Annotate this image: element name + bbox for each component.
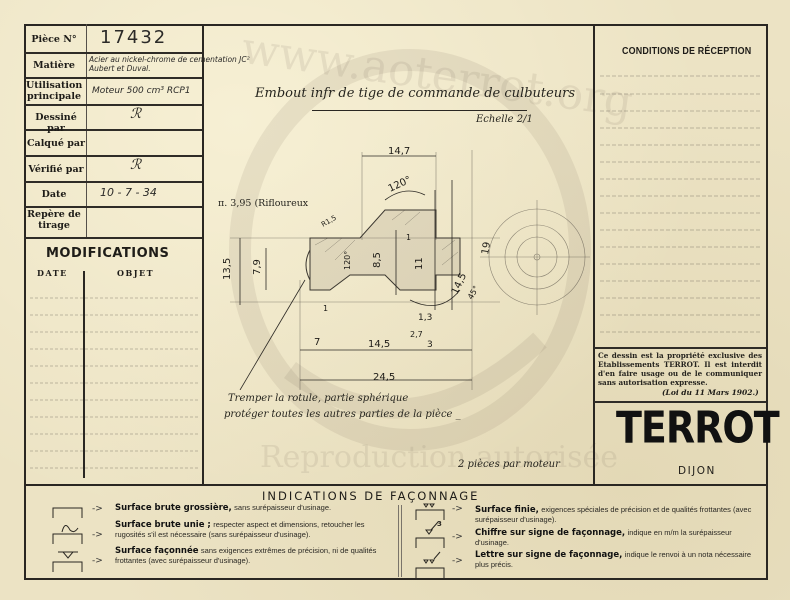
indication-lettre: Lettre sur signe de façonnage, indique l…	[475, 550, 760, 570]
left-column-divider	[202, 24, 204, 484]
label-verifie-par: Vérifié par	[26, 164, 86, 175]
svg-text:7: 7	[314, 337, 320, 348]
arrow-3: ->	[92, 556, 103, 566]
label-calque-par: Calqué par	[26, 138, 86, 149]
frame-right	[766, 24, 768, 579]
svg-text:14,5: 14,5	[368, 339, 390, 350]
svg-text:24,5: 24,5	[373, 372, 395, 383]
value-utilisation: Moteur 500 cm³ RCP1	[92, 86, 191, 96]
term: Surface façonnée	[115, 546, 199, 556]
term: Lettre sur signe de façonnage,	[475, 550, 622, 560]
indication-brute-unie: Surface brute unie ; respecter aspect et…	[115, 520, 385, 540]
label-repere-tirage: Repère de tirage	[26, 209, 82, 231]
conditions-title: CONDITIONS DE RÉCEPTION	[622, 45, 751, 57]
indications-divider	[398, 505, 399, 577]
term: Surface brute grossière,	[115, 503, 232, 513]
term: Surface brute unie ;	[115, 520, 211, 530]
conditions-lines	[596, 72, 764, 342]
svg-text:1: 1	[406, 233, 411, 242]
legal-law: (Loi du 11 Mars 1902.)	[662, 388, 759, 397]
watermark-reproduction: Reproduction autorisée	[260, 440, 618, 475]
label-matiere: Matière	[26, 60, 82, 71]
indication-finie: Surface finie, exigences spéciales de pr…	[475, 505, 760, 525]
term: Surface finie,	[475, 505, 539, 515]
arrow-4: ->	[452, 504, 463, 514]
arrow-6: ->	[452, 556, 463, 566]
title-underline	[312, 110, 527, 111]
initials-verifie: ℛ	[130, 157, 141, 173]
svg-text:2,7: 2,7	[410, 330, 423, 339]
indication-brute-grossiere: Surface brute grossière, sans surépaisse…	[115, 503, 385, 513]
frame-top	[24, 24, 768, 26]
row-divider	[24, 181, 202, 183]
arrow-5: ->	[452, 532, 463, 542]
svg-text:45°: 45°	[466, 284, 481, 301]
drawing-scale: Echelle 2/1	[476, 114, 533, 125]
indication-chiffre: Chiffre sur signe de façonnage, indique …	[475, 528, 760, 548]
svg-text:R1,5: R1,5	[320, 214, 338, 229]
modifications-col-date: DATE	[37, 268, 68, 278]
terrot-logo: TERROT	[616, 402, 779, 453]
indications-divider	[401, 505, 402, 577]
surface-symbols-right: 3	[412, 502, 452, 582]
label-piece-no: Pièce N°	[26, 34, 82, 45]
surface-symbols-left	[50, 502, 90, 582]
value-date: 10 - 7 - 34	[100, 186, 157, 199]
svg-text:11: 11	[414, 257, 425, 270]
svg-text:14,7: 14,7	[388, 146, 410, 157]
label-utilisation: Utilisation principale	[26, 80, 82, 102]
note-temper: Tremper la rotule, partie sphérique	[228, 393, 408, 404]
label-dessine-par: Dessiné par	[26, 112, 86, 134]
value-matiere: Acier au nickel-chrome de cementation JC…	[89, 55, 264, 73]
row-divider	[24, 206, 202, 208]
row-divider	[24, 237, 202, 239]
svg-text:1: 1	[323, 304, 328, 313]
label-date: Date	[26, 189, 82, 200]
svg-text:13,5: 13,5	[222, 258, 233, 280]
modifications-lines	[26, 280, 202, 480]
technical-drawing: 14,7 120° 13,5 7,9 120° 8,5 11 14,5 19 4…	[210, 140, 590, 390]
svg-text:120°: 120°	[387, 175, 413, 195]
desc: sans surépaisseur d'usinage.	[234, 503, 331, 512]
arrow-1: ->	[92, 504, 103, 514]
logo-city: DIJON	[678, 465, 716, 477]
term: Chiffre sur signe de façonnage,	[475, 528, 625, 538]
value-piece-no: 17432	[100, 27, 167, 48]
watermark-url: www.aoterrot.org	[238, 23, 635, 128]
arrow-2: ->	[92, 530, 103, 540]
indications-top-border	[24, 484, 768, 486]
legal-top-border	[594, 347, 766, 349]
svg-text:3: 3	[437, 520, 442, 528]
indications-title: INDICATIONS DE FAÇONNAGE	[262, 489, 479, 503]
modifications-col-objet: OBJET	[117, 268, 154, 278]
svg-text:120°: 120°	[343, 251, 352, 270]
row-divider	[24, 104, 202, 106]
frame-bottom	[24, 578, 768, 580]
initials-dessine: ℛ	[130, 106, 141, 122]
svg-text:19: 19	[480, 241, 493, 255]
row-divider	[24, 77, 202, 79]
note-quantity: 2 pièces par moteur	[458, 459, 560, 470]
note-protect: protéger toutes les autres parties de la…	[224, 409, 461, 420]
svg-text:3: 3	[427, 340, 433, 350]
row-divider	[24, 155, 202, 157]
svg-text:1,3: 1,3	[418, 313, 432, 323]
right-column-divider	[593, 24, 595, 484]
svg-text:7,9: 7,9	[252, 259, 263, 275]
drawing-title: Embout infr de tige de commande de culbu…	[255, 86, 575, 101]
indication-faconnee: Surface façonnée sans exigences extrêmes…	[115, 546, 385, 566]
row-divider	[24, 52, 202, 54]
svg-text:8,5: 8,5	[372, 252, 383, 268]
modifications-title: MODIFICATIONS	[46, 246, 169, 261]
legal-notice: Ce dessin est la propriété exclusive des…	[598, 351, 762, 387]
